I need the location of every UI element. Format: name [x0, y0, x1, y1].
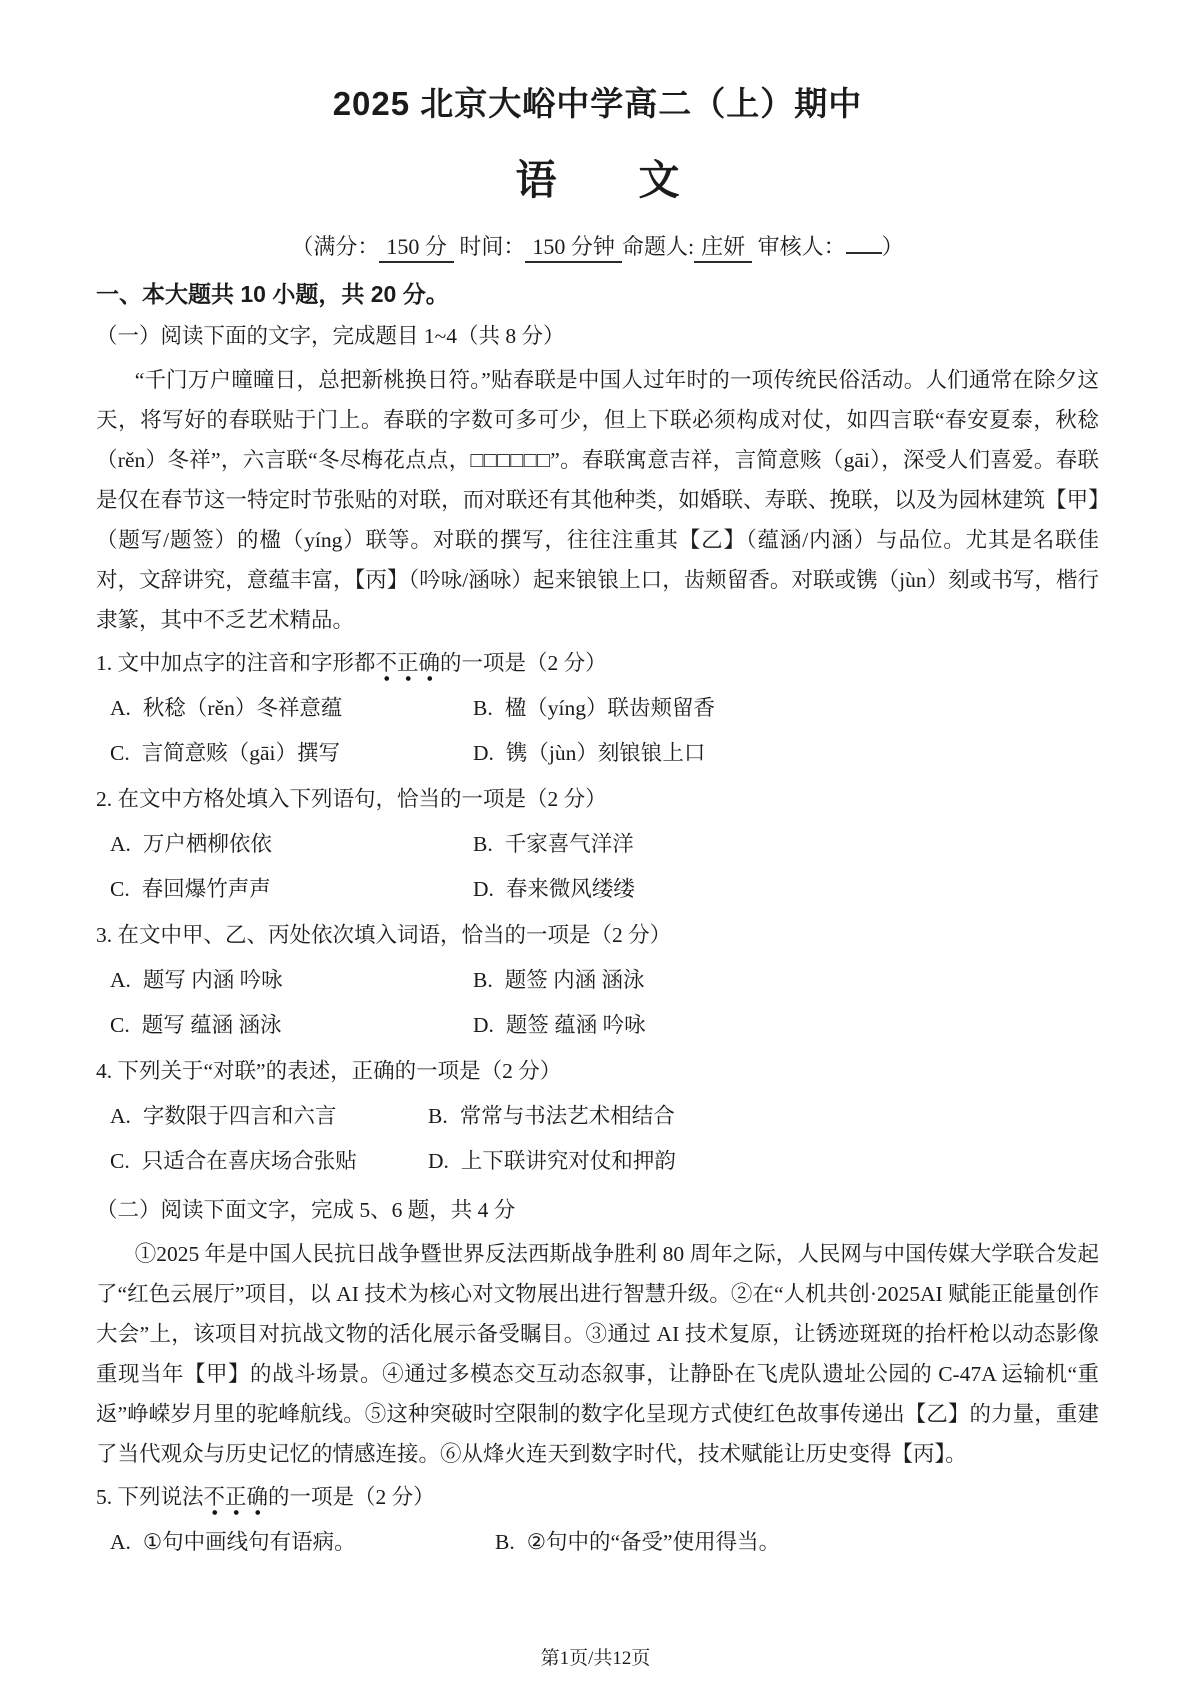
- option-label: A.: [110, 1530, 131, 1554]
- option-text: 题签 蕴涵 吟咏: [506, 1013, 646, 1037]
- option-label: C.: [110, 741, 130, 765]
- question-4-option-b: B.常常与书法艺术相结合: [428, 1094, 1099, 1139]
- option-label: A.: [110, 696, 131, 720]
- option-text: 题写 内涵 吟咏: [143, 968, 283, 992]
- question-4-stem: 4. 下列关于“对联”的表述，正确的一项是（2 分）: [96, 1048, 1099, 1094]
- question-2-option-b: B.千家喜气洋洋: [473, 822, 1099, 867]
- question-5-stem-pre: 5. 下列说法: [96, 1485, 204, 1509]
- option-text: 千家喜气洋洋: [505, 832, 634, 856]
- option-text: 字数限于四言和六言: [143, 1104, 337, 1128]
- option-label: C.: [110, 1013, 130, 1037]
- option-label: D.: [473, 877, 494, 901]
- option-text: 题写 蕴涵 涵泳: [142, 1013, 282, 1037]
- option-text: 春回爆竹声声: [142, 877, 271, 901]
- exam-title: 2025 北京大峪中学高二（上）期中: [96, 78, 1099, 125]
- question-1-stem: 1. 文中加点字的注音和字形都不正确的一项是（2 分）: [96, 640, 1099, 686]
- question-3-stem: 3. 在文中甲、乙、丙处依次填入词语，恰当的一项是（2 分）: [96, 912, 1099, 958]
- option-label: A.: [110, 832, 131, 856]
- option-text: 万户栖柳依依: [143, 832, 272, 856]
- question-3-option-c: C.题写 蕴涵 涵泳: [110, 1003, 473, 1048]
- question-2-option-c: C.春回爆竹声声: [110, 867, 473, 912]
- info-prefix: （满分：: [291, 234, 379, 259]
- question-1-option-a: A.秋稔（rěn）冬祥意蕴: [110, 686, 473, 731]
- question-1-options: A.秋稔（rěn）冬祥意蕴 B.楹（yíng）联齿颊留香 C.言简意赅（gāi）…: [96, 686, 1099, 776]
- option-text: 言简意赅（gāi）撰写: [142, 741, 340, 765]
- info-time-label: 时间：: [454, 234, 526, 259]
- option-label: B.: [473, 696, 493, 720]
- question-2-option-d: D.春来微风缕缕: [473, 867, 1099, 912]
- question-2-options: A.万户栖柳依依 B.千家喜气洋洋 C.春回爆竹声声 D.春来微风缕缕: [96, 822, 1099, 912]
- option-label: B.: [495, 1530, 515, 1554]
- subject-title: 语 文: [96, 147, 1099, 206]
- question-4-option-a: A.字数限于四言和六言: [110, 1094, 428, 1139]
- question-1: 1. 文中加点字的注音和字形都不正确的一项是（2 分） A.秋稔（rěn）冬祥意…: [96, 640, 1099, 776]
- info-setter: 庄妍: [694, 234, 752, 263]
- exam-page: 2025 北京大峪中学高二（上）期中 语 文 （满分：150 分 时间：150 …: [0, 0, 1191, 1684]
- option-text: ①句中画线句有语病。: [143, 1530, 356, 1554]
- option-label: C.: [110, 1149, 130, 1173]
- option-text: 秋稔（rěn）冬祥意蕴: [143, 696, 342, 720]
- option-text: ②句中的“备受”使用得当。: [527, 1530, 780, 1554]
- question-5-options: A.①句中画线句有语病。 B.②句中的“备受”使用得当。: [96, 1520, 1099, 1565]
- exam-info-line: （满分：150 分 时间：150 分钟命题人:庄妍 审核人：）: [96, 232, 1099, 262]
- option-text: 常常与书法艺术相结合: [460, 1104, 675, 1128]
- option-text: 春来微风缕缕: [506, 877, 635, 901]
- info-time: 150 分钟: [525, 234, 622, 263]
- question-4-option-c: C.只适合在喜庆场合张贴: [110, 1139, 428, 1184]
- option-label: D.: [473, 1013, 494, 1037]
- question-2-option-a: A.万户栖柳依依: [110, 822, 473, 867]
- info-reviewer-blank: [846, 232, 882, 254]
- question-5-stem-emphasis: 不正确: [204, 1485, 269, 1517]
- question-3-option-a: A.题写 内涵 吟咏: [110, 958, 473, 1003]
- option-text: 只适合在喜庆场合张贴: [142, 1149, 357, 1173]
- option-label: D.: [428, 1149, 449, 1173]
- question-5: 5. 下列说法不正确的一项是（2 分） A.①句中画线句有语病。 B.②句中的“…: [96, 1474, 1099, 1565]
- question-3-option-d: D.题签 蕴涵 吟咏: [473, 1003, 1099, 1048]
- question-1-option-b: B.楹（yíng）联齿颊留香: [473, 686, 1099, 731]
- option-label: B.: [428, 1104, 448, 1128]
- section-one-heading: 一、本大题共 10 小题，共 20 分。: [96, 278, 1099, 310]
- question-5-stem: 5. 下列说法不正确的一项是（2 分）: [96, 1474, 1099, 1520]
- question-1-stem-emphasis: 不正确: [376, 651, 441, 683]
- option-label: C.: [110, 877, 130, 901]
- option-label: A.: [110, 1104, 131, 1128]
- option-label: A.: [110, 968, 131, 992]
- part-one-heading: （一）阅读下面的文字，完成题目 1~4（共 8 分）: [96, 320, 1099, 352]
- passage-two: ①2025 年是中国人民抗日战争暨世界反法西斯战争胜利 80 周年之际，人民网与…: [96, 1234, 1099, 1474]
- option-text: 上下联讲究对仗和押韵: [461, 1149, 676, 1173]
- info-full-score: 150 分: [379, 234, 454, 263]
- info-suffix: ）: [882, 234, 904, 259]
- question-3-options: A.题写 内涵 吟咏 B.题签 内涵 涵泳 C.题写 蕴涵 涵泳 D.题签 蕴涵…: [96, 958, 1099, 1048]
- option-label: B.: [473, 968, 493, 992]
- option-text: 镌（jùn）刻锒锒上口: [506, 741, 705, 765]
- question-5-option-b: B.②句中的“备受”使用得当。: [495, 1520, 1099, 1565]
- question-5-option-a: A.①句中画线句有语病。: [110, 1520, 495, 1565]
- option-text: 题签 内涵 涵泳: [505, 968, 645, 992]
- question-3: 3. 在文中甲、乙、丙处依次填入词语，恰当的一项是（2 分） A.题写 内涵 吟…: [96, 912, 1099, 1048]
- question-2-stem: 2. 在文中方格处填入下列语句，恰当的一项是（2 分）: [96, 776, 1099, 822]
- option-label: B.: [473, 832, 493, 856]
- question-1-option-d: D.镌（jùn）刻锒锒上口: [473, 731, 1099, 776]
- info-setter-label: 命题人:: [622, 234, 694, 259]
- option-text: 楹（yíng）联齿颊留香: [505, 696, 715, 720]
- question-5-stem-post: 的一项是（2 分）: [268, 1485, 435, 1509]
- page-footer: 第1页/共12页: [0, 1643, 1191, 1670]
- question-3-option-b: B.题签 内涵 涵泳: [473, 958, 1099, 1003]
- question-4-options: A.字数限于四言和六言 B.常常与书法艺术相结合 C.只适合在喜庆场合张贴 D.…: [96, 1094, 1099, 1184]
- info-reviewer-label: 审核人：: [752, 234, 846, 259]
- part-two-heading: （二）阅读下面文字，完成 5、6 题，共 4 分: [96, 1194, 1099, 1226]
- passage-one: “千门万户曈曈日，总把新桃换日符。”贴春联是中国人过年时的一项传统民俗活动。人们…: [96, 360, 1099, 640]
- question-1-stem-pre: 1. 文中加点字的注音和字形都: [96, 651, 376, 675]
- question-4: 4. 下列关于“对联”的表述，正确的一项是（2 分） A.字数限于四言和六言 B…: [96, 1048, 1099, 1184]
- question-1-stem-post: 的一项是（2 分）: [440, 651, 607, 675]
- question-2: 2. 在文中方格处填入下列语句，恰当的一项是（2 分） A.万户栖柳依依 B.千…: [96, 776, 1099, 912]
- question-1-option-c: C.言简意赅（gāi）撰写: [110, 731, 473, 776]
- question-4-option-d: D.上下联讲究对仗和押韵: [428, 1139, 1099, 1184]
- option-label: D.: [473, 741, 494, 765]
